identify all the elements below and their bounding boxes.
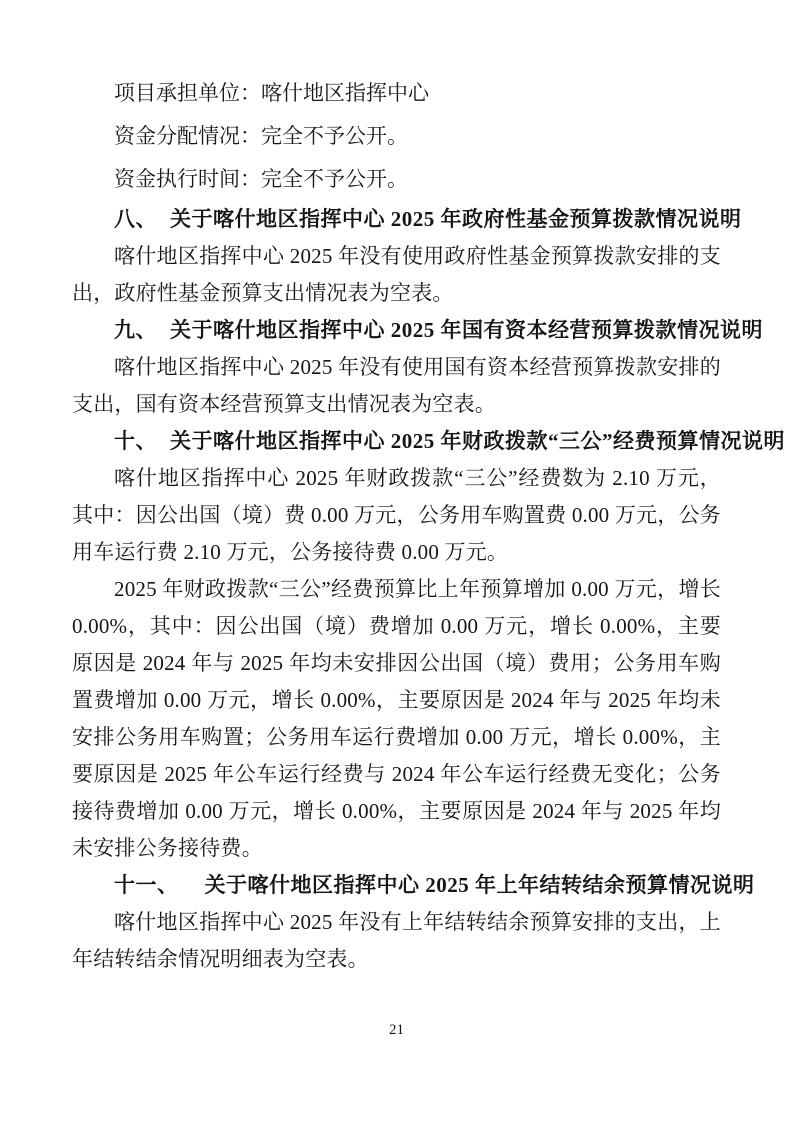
section-10-title: 关于喀什地区指挥中心 2025 年财政拨款“三公”经费预算情况说明 bbox=[170, 429, 785, 453]
section-11-body: 喀什地区指挥中心 2025 年没有上年结转结余预算安排的支出，上年结转结余情况明… bbox=[72, 904, 721, 978]
para-fund-allocation: 资金分配情况：完全不予公开。 bbox=[72, 115, 721, 158]
section-10-number: 十、 bbox=[114, 429, 157, 453]
section-9-body: 喀什地区指挥中心 2025 年没有使用国有资本经营预算拨款安排的支出，国有资本经… bbox=[72, 349, 721, 423]
section-11-number: 十一、 bbox=[114, 873, 179, 897]
para-fund-execution: 资金执行时间：完全不予公开。 bbox=[72, 158, 721, 201]
section-8-body: 喀什地区指挥中心 2025 年没有使用政府性基金预算拨款安排的支出，政府性基金预… bbox=[72, 238, 721, 312]
section-11-title: 关于喀什地区指挥中心 2025 年上年结转结余预算情况说明 bbox=[205, 873, 755, 897]
section-8-number: 八、 bbox=[114, 207, 157, 231]
section-10-body-1: 喀什地区指挥中心 2025 年财政拨款“三公”经费数为 2.10 万元，其中：因… bbox=[72, 460, 721, 571]
section-9-number: 九、 bbox=[114, 318, 157, 342]
section-9-title: 关于喀什地区指挥中心 2025 年国有资本经营预算拨款情况说明 bbox=[170, 318, 763, 342]
para-project-unit: 项目承担单位：喀什地区指挥中心 bbox=[72, 72, 721, 115]
section-8-heading: 八、关于喀什地区指挥中心 2025 年政府性基金预算拨款情况说明 bbox=[72, 201, 721, 238]
page-number: 21 bbox=[0, 1020, 793, 1040]
document-page: 项目承担单位：喀什地区指挥中心 资金分配情况：完全不予公开。 资金执行时间：完全… bbox=[0, 0, 793, 1122]
section-11-heading: 十一、关于喀什地区指挥中心 2025 年上年结转结余预算情况说明 bbox=[72, 867, 721, 904]
section-10-heading: 十、关于喀什地区指挥中心 2025 年财政拨款“三公”经费预算情况说明 bbox=[72, 423, 721, 460]
section-10-body-2: 2025 年财政拨款“三公”经费预算比上年预算增加 0.00 万元，增长 0.0… bbox=[72, 571, 721, 867]
section-8-title: 关于喀什地区指挥中心 2025 年政府性基金预算拨款情况说明 bbox=[170, 207, 742, 231]
section-9-heading: 九、关于喀什地区指挥中心 2025 年国有资本经营预算拨款情况说明 bbox=[72, 312, 721, 349]
